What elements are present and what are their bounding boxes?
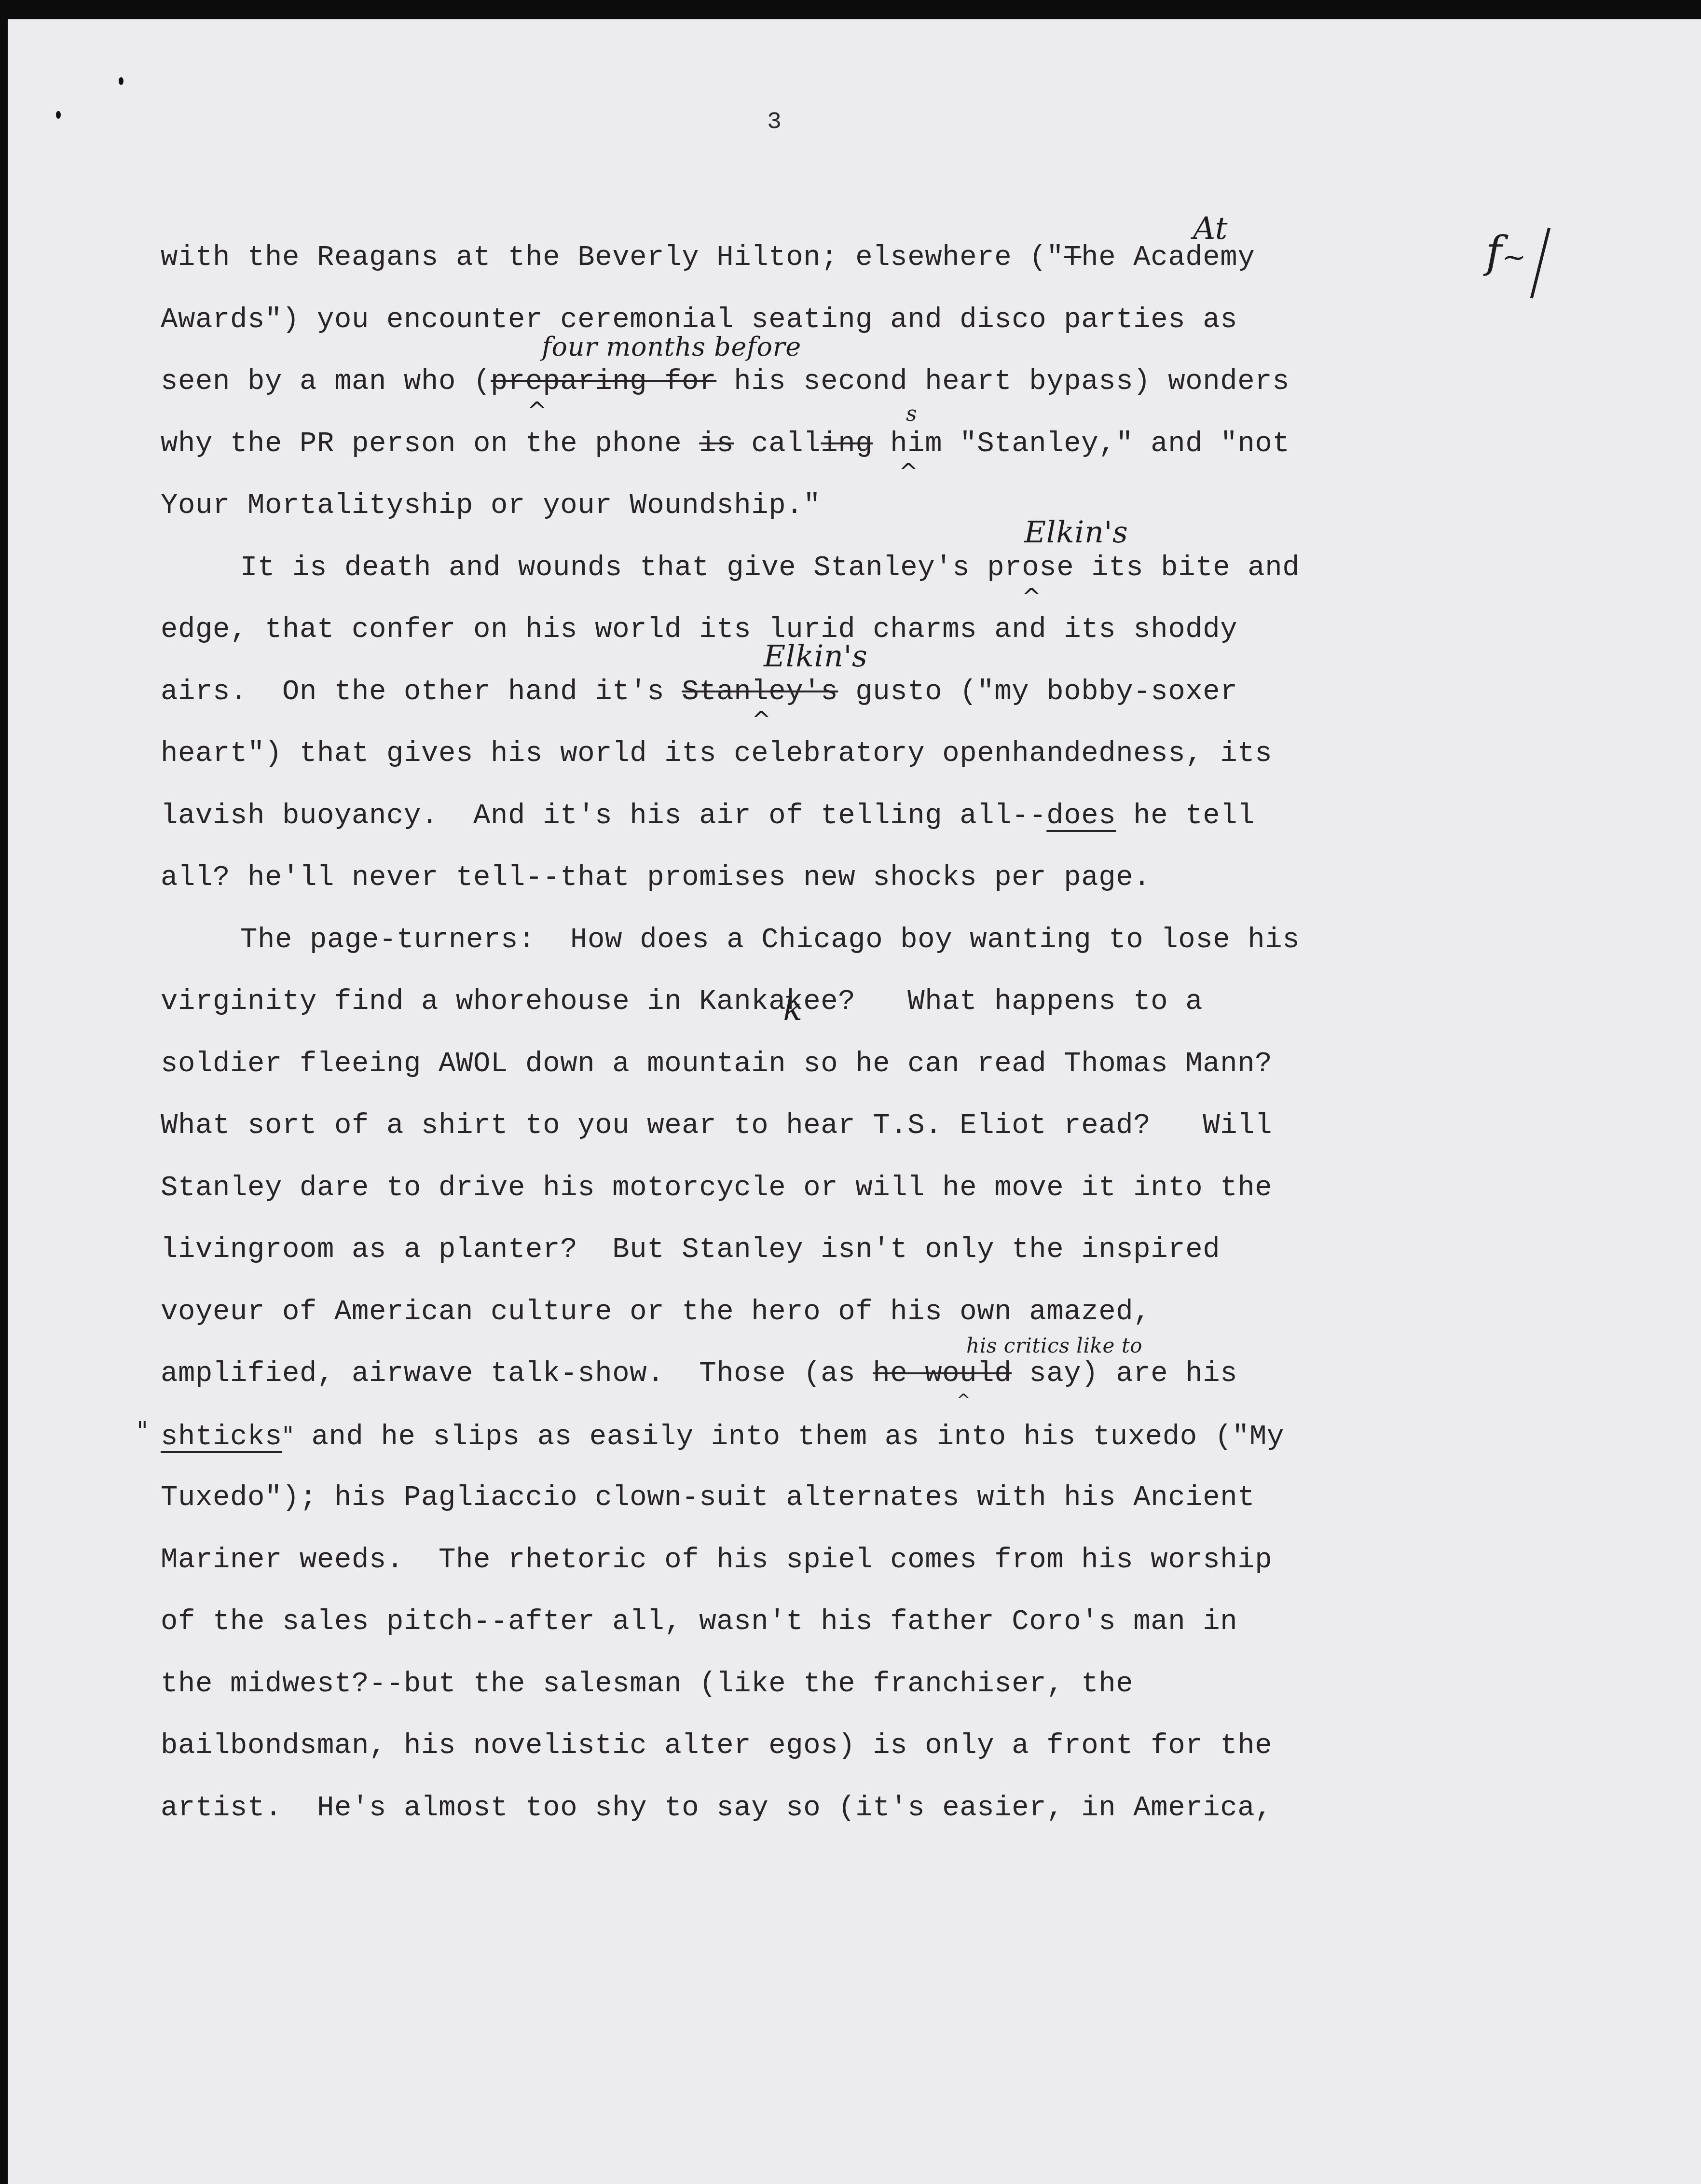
text-line: heart") that gives his world its celebra… bbox=[161, 723, 1463, 785]
text-line: airs. On the other hand it's Stanley's g… bbox=[161, 661, 1463, 723]
handwritten-insert-elkins: Elkin's bbox=[1024, 501, 1128, 564]
handwritten-close-quote: " bbox=[282, 1422, 294, 1451]
text-line: why the PR person on the phone is callin… bbox=[161, 413, 1463, 475]
text-line: virginity find a whorehouse in Kankakkee… bbox=[161, 971, 1463, 1033]
struck-t: T bbox=[1064, 241, 1081, 274]
text-line: It is death and wounds that give Stanley… bbox=[161, 537, 1463, 599]
paper-speck bbox=[56, 111, 61, 119]
text-line: bailbondsman, his novelistic alter egos)… bbox=[161, 1715, 1463, 1777]
text-line: the midwest?--but the salesman (like the… bbox=[161, 1653, 1463, 1715]
handwritten-open-quote: " bbox=[137, 1400, 149, 1463]
text-line: amplified, airwave talk-show. Those (as … bbox=[161, 1343, 1463, 1405]
text-line: lavish buoyancy. And it's his air of tel… bbox=[161, 785, 1463, 847]
text-line: seen by a man who (preparing for his sec… bbox=[161, 351, 1463, 413]
underlined-text: shticks bbox=[161, 1421, 282, 1453]
text-line: all? he'll never tell--that promises new… bbox=[161, 847, 1463, 909]
text-line: Tuxedo"); his Pagliaccio clown-suit alte… bbox=[161, 1467, 1463, 1529]
underlined-text: does bbox=[1046, 800, 1116, 832]
text-line: Your Mortalityship or your Woundship." bbox=[161, 475, 1463, 537]
paper-speck bbox=[119, 77, 123, 85]
text-line: What sort of a shirt to you wear to hear… bbox=[161, 1095, 1463, 1157]
text-line: soldier fleeing AWOL down a mountain so … bbox=[161, 1033, 1463, 1095]
handwritten-insert-his-critics-like-to: his critics like to bbox=[966, 1315, 1142, 1377]
struck-text: ing bbox=[821, 428, 873, 460]
text-line: voyeur of American culture or the hero o… bbox=[161, 1281, 1463, 1343]
text-line: Awards") you encounter ceremonial seatin… bbox=[161, 289, 1463, 351]
page-number: 3 bbox=[767, 109, 782, 136]
margin-note-flush-right: f~ bbox=[1486, 227, 1526, 277]
text-line: Stanley dare to drive his motorcycle or … bbox=[161, 1157, 1463, 1219]
struck-text: is bbox=[699, 428, 734, 460]
corrected-letter: kk bbox=[786, 985, 803, 1018]
handwritten-correction-k: k bbox=[783, 979, 803, 1041]
text-line: "shticks" and he slips as easily into th… bbox=[161, 1405, 1463, 1467]
text-line: livingroom as a planter? But Stanley isn… bbox=[161, 1219, 1463, 1281]
handwritten-insert-four-months-before: four months before bbox=[542, 316, 801, 378]
text-line: artist. He's almost too shy to say so (i… bbox=[161, 1777, 1463, 1839]
text-line: Mariner weeds. The rhetoric of his spiel… bbox=[161, 1529, 1463, 1591]
text-line: with the Reagans at the Beverly Hilton; … bbox=[161, 227, 1463, 289]
text-line: The page-turners: How does a Chicago boy… bbox=[161, 909, 1463, 971]
body-text: with the Reagans at the Beverly Hilton; … bbox=[161, 227, 1463, 1839]
handwritten-insert-elkins: Elkin's bbox=[764, 625, 867, 688]
text-line: of the sales pitch--after all, wasn't hi… bbox=[161, 1591, 1463, 1653]
handwritten-insert-at: At bbox=[1193, 198, 1228, 260]
handwritten-insert-s: s bbox=[906, 383, 917, 445]
